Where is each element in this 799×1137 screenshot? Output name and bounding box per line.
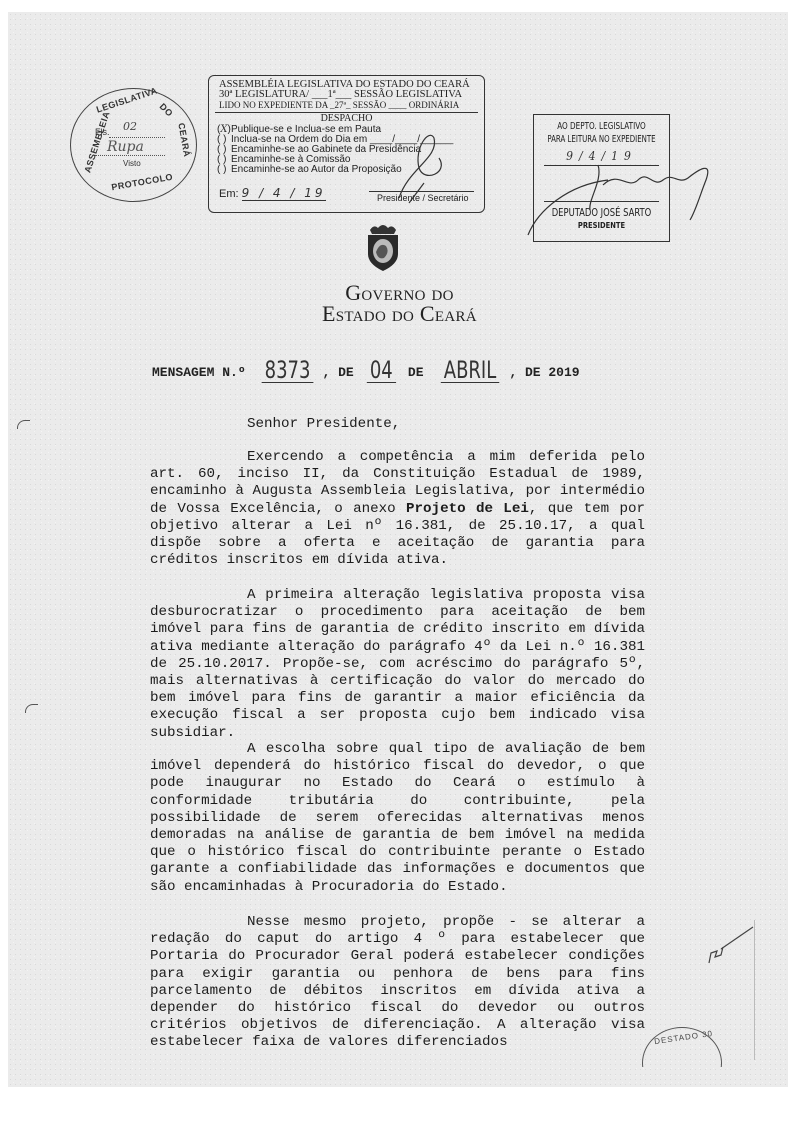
visto-signature: Rupa (107, 139, 144, 155)
president-signature (518, 150, 718, 240)
paragraph-4: Nesse mesmo projeto, propõe - se alterar… (150, 914, 645, 1052)
stamp-sessao: LIDO NO EXPEDIENTE DA _27ª_ SESSÃO ____ … (219, 100, 459, 111)
fls-label: Fls. (95, 127, 110, 137)
stamp-text: CEARÁ (176, 122, 192, 158)
despacho-stamp: ASSEMBLÉIA LEGISLATIVA DO ESTADO DO CEAR… (208, 75, 485, 213)
stamp-text: DO (158, 101, 175, 118)
paragraph-1: Exercendo a competência a mim deferida p… (150, 449, 645, 569)
margin-initial-mark (707, 925, 757, 965)
divider (109, 137, 165, 138)
stamp-line: PARA LEITURA NO EXPEDIENTE (546, 134, 657, 145)
salutation: Senhor Presidente, (247, 416, 400, 432)
divider (95, 155, 165, 156)
paragraph-2: A primeira alteração legislativa propost… (150, 587, 645, 742)
fls-value: 02 (123, 120, 137, 133)
stamp-legislatura: 30ª LEGISLATURA/ ___1ª___ SESSÃO LEGISLA… (219, 89, 462, 100)
message-number-line: MENSAGEM N.º 8373, DE 04 DE ABRIL, DE 20… (152, 358, 580, 383)
message-number: 8373 (262, 358, 314, 383)
hole-punch-mark (25, 704, 38, 713)
scan-edge-line (754, 920, 755, 1060)
ceara-coat-of-arms-icon (364, 222, 402, 272)
protocol-stamp: LEGISLATIVA DO CEARÁ ASSEMBLEIA PROTOCOL… (70, 88, 197, 202)
despacho-option: ( )Encaminhe-se ao Autor da Proposição (217, 165, 402, 175)
visto-label: Visto (123, 159, 141, 168)
despacho-title: DESPACHO (209, 113, 484, 124)
stamp-text: PROTOCOLO (111, 172, 174, 193)
paragraph-3: A escolha sobre qual tipo de avaliação d… (150, 741, 645, 896)
bold-projeto-de-lei: Projeto de Lei (406, 501, 529, 517)
hole-punch-mark (17, 420, 30, 429)
stamp-line: AO DEPTO. LEGISLATIVO (544, 121, 659, 132)
message-day: 04 (366, 358, 395, 383)
despacho-date: Em: 9 / 4 / 19 (219, 186, 326, 201)
government-header-line2: Estado do Ceará (0, 301, 799, 327)
message-month: ABRIL (441, 358, 500, 383)
signature-scribble (379, 128, 459, 208)
bottom-partial-stamp: DESTADO 30 (642, 1027, 722, 1067)
